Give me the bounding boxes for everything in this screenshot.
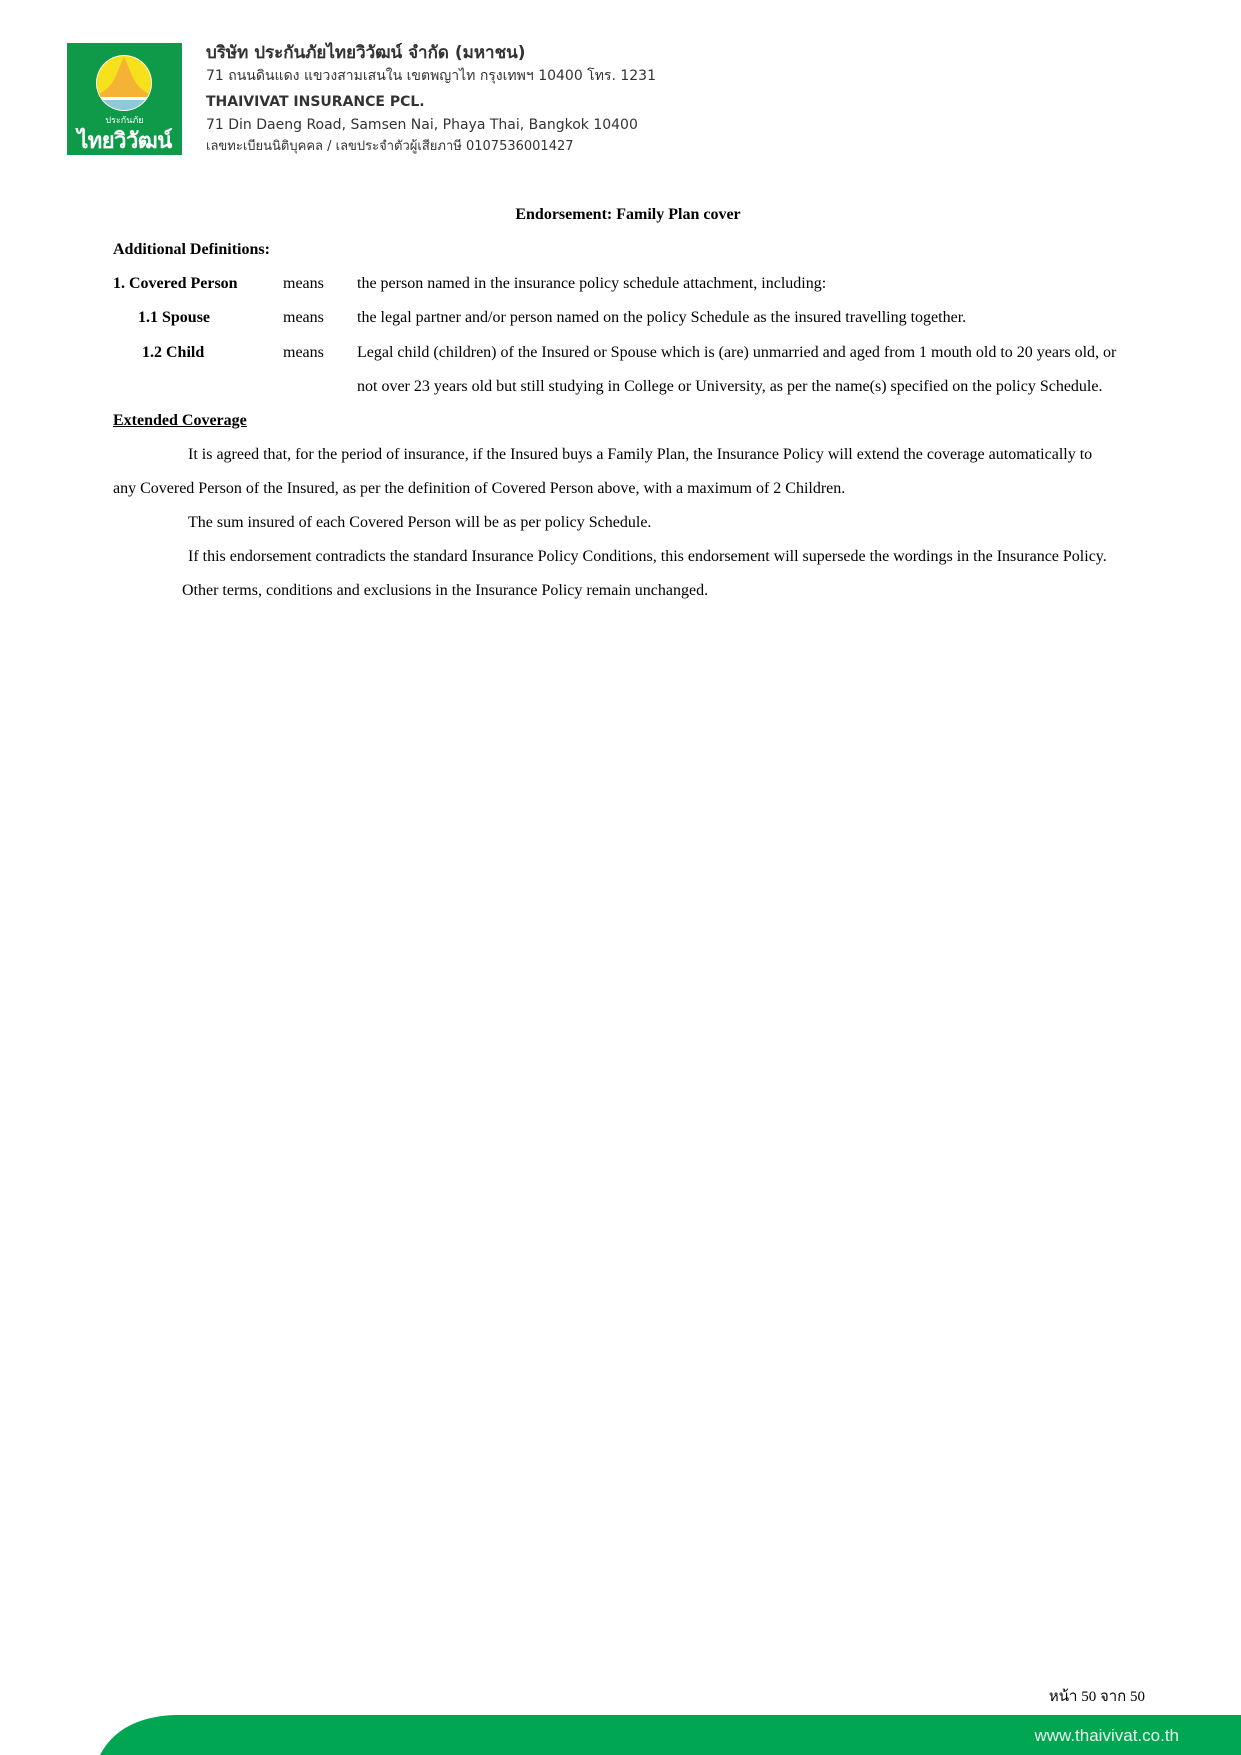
definitions-heading: Additional Definitions: — [113, 241, 270, 259]
definition-text: not over 23 years old but still studying… — [357, 378, 1102, 396]
company-name-th: บริษัท ประกันภัยไทยวิวัฒน์ จำกัด (มหาชน) — [206, 41, 656, 65]
extended-coverage-heading: Extended Coverage — [113, 412, 247, 430]
company-address-en: 71 Din Daeng Road, Samsen Nai, Phaya Tha… — [206, 114, 656, 136]
paragraph: any Covered Person of the Insured, as pe… — [113, 480, 845, 498]
definition-term-spouse: 1.1 Spouse — [138, 309, 210, 327]
paragraph: If this endorsement contradicts the stan… — [188, 548, 1107, 566]
definition-term-child: 1.2 Child — [142, 344, 204, 362]
definition-term-covered-person: 1. Covered Person — [113, 275, 238, 293]
paragraph: Other terms, conditions and exclusions i… — [182, 582, 708, 600]
paragraph: It is agreed that, for the period of ins… — [188, 446, 1092, 464]
logo-brand-text: ไทยวิวัฒน์ — [67, 123, 182, 158]
company-address-th: 71 ถนนดินแดง แขวงสามเสนใน เขตพญาไท กรุงเ… — [206, 65, 656, 87]
definition-text: Legal child (children) of the Insured or… — [357, 344, 1116, 362]
definition-text: the legal partner and/or person named on… — [357, 309, 966, 327]
definition-means: means — [283, 309, 324, 327]
definition-text: the person named in the insurance policy… — [357, 275, 826, 293]
definition-means: means — [283, 344, 324, 362]
company-logo: ประกันภัย ไทยวิวัฒน์ — [67, 43, 182, 155]
company-name-en: THAIVIVAT INSURANCE PCL. — [206, 90, 656, 114]
website-link[interactable]: www.thaivivat.co.th — [1034, 1726, 1179, 1746]
company-info: บริษัท ประกันภัยไทยวิวัฒน์ จำกัด (มหาชน)… — [206, 41, 656, 158]
company-registration: เลขทะเบียนนิติบุคคล / เลขประจำตัวผู้เสีย… — [206, 136, 656, 158]
page-number: หน้า 50 จาก 50 — [1049, 1684, 1145, 1708]
paragraph: The sum insured of each Covered Person w… — [188, 514, 651, 532]
document-title: Endorsement: Family Plan cover — [113, 206, 1143, 224]
definition-means: means — [283, 275, 324, 293]
